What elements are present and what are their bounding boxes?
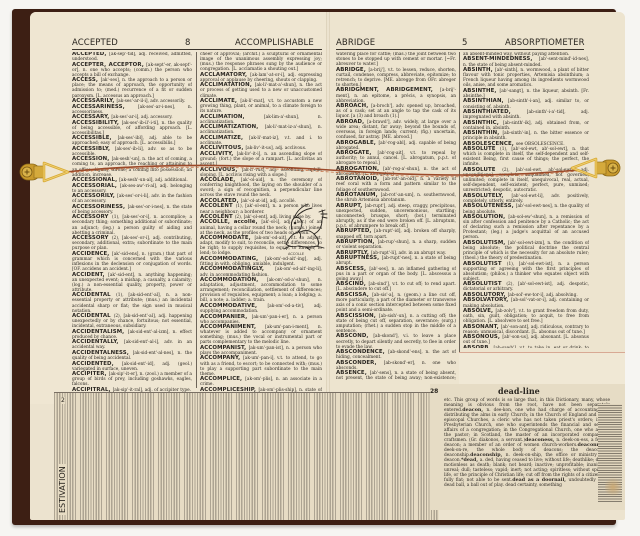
entry-headword: ABROGABLE, bbox=[336, 140, 379, 146]
entry-headword: ABSOLUTE bbox=[463, 167, 502, 173]
dictionary-entry: ACCESSION, [ak-sesh'-un], n. the act of … bbox=[72, 157, 192, 177]
entry-headword: ACCOMMODATION, bbox=[200, 277, 267, 283]
dictionary-entry: ACCLIVITY, [ak-liv'-it-i], n. an ascendi… bbox=[200, 152, 322, 167]
dictionary-entry: ABRIDGE, [a-brij'], v.t. to lessen, redu… bbox=[336, 68, 456, 88]
dictionary-entry: ACCIPITER, [ak-sip'-it-er], n. (zool.) a… bbox=[72, 372, 192, 387]
entry-headword: ABSCESS, bbox=[336, 266, 369, 272]
dictionary-entry: ABROTANOID, [ab-rot'-an-oid], n. a varie… bbox=[336, 177, 456, 192]
entry-definition: see OBSOLESCENCE. bbox=[516, 142, 565, 147]
dictionary-collage: ACCEPTED 8 ACCOMPLISHABLE ACCEPTED, [ak-… bbox=[30, 12, 625, 520]
entry-headword: ACCESSION, bbox=[72, 156, 112, 162]
entry-headword: ACCOMPANIER, bbox=[200, 314, 252, 320]
entry-headword: ABSOLUTENESS, bbox=[463, 203, 516, 209]
entry-headword: ABSONOUS, bbox=[463, 334, 502, 340]
header-rule bbox=[72, 49, 322, 50]
entry-headword: ACCESSIBLY, bbox=[72, 146, 115, 152]
dictionary-entry: ABSOLVE, [ab-zolv'], v.t. to grant freed… bbox=[463, 309, 589, 324]
dead-line-entries: etc. This group of words is so large tha… bbox=[444, 398, 610, 488]
dictionary-entry: ABSOLUTIST (1), [ab'-sol-ewt-ist], n. a … bbox=[463, 262, 589, 282]
right-page-column-1: watering place for cattle; (mas.) the jo… bbox=[336, 52, 456, 382]
entry-headword: ACCIDENTALISM, bbox=[72, 329, 128, 335]
entry-headword: ACCESSORY bbox=[72, 214, 112, 220]
dictionary-entry: ACCESS, [ak'-ses], n. the approach to a … bbox=[72, 78, 192, 98]
right-dictionary-page: ABRIDGE 5 ABSORPTIOMETER watering place … bbox=[328, 12, 625, 404]
entry-headword: ACCESSORIAL, bbox=[72, 183, 120, 189]
accolle-animal-illustration-icon bbox=[278, 202, 330, 252]
entry-headword: ACCESSORY bbox=[72, 235, 112, 241]
entry-headword: ABROTANUM, bbox=[336, 192, 381, 198]
entry-definition: watering place for cattle; (mas.) the jo… bbox=[336, 52, 456, 67]
dictionary-entry: watering place for cattle; (mas.) the jo… bbox=[336, 52, 456, 67]
running-head-left: ABRIDGE bbox=[336, 38, 375, 48]
dictionary-entry: ABSOLUTION, [ab-sol-ew'-shun], n. a remi… bbox=[463, 215, 589, 240]
entry-headword: ACCIDENT, bbox=[72, 272, 108, 278]
entry-headword: ABRUPTION, bbox=[336, 239, 378, 245]
entry-headword: ABRUPT, bbox=[336, 203, 365, 209]
entry-headword: ABSINTHIC, bbox=[463, 120, 503, 126]
entry-headword: ACCLIMATIZE, bbox=[200, 135, 249, 141]
entry-definition: [ak-liv'-it-us], adj. acclivous. bbox=[245, 146, 306, 151]
entry-definition: [ab-rupt'-li], adv. in an abrupt way. bbox=[371, 251, 446, 256]
entry-headword: ABSOLVATORY, bbox=[463, 297, 511, 303]
dictionary-entry: ACCIDENT, [ak'-sid-ent], n. anything hap… bbox=[72, 273, 192, 293]
dictionary-entry: ACCIDENTAL (2), [ak-sid-ent'-al], adj. h… bbox=[72, 314, 192, 329]
page-number: 5 bbox=[462, 38, 468, 48]
strip-running-head: ESTIVATION bbox=[58, 464, 67, 515]
entry-headword: ABRIDGMENT, ABRIDGEMENT, bbox=[336, 87, 440, 93]
entry-headword: ACCEPTER, ACCEPTOR, bbox=[72, 62, 146, 68]
dead-line-page-number: 28 bbox=[430, 388, 438, 395]
entry-headword: ABSCONDER, bbox=[336, 360, 384, 366]
entry-headword: ACCIPITER, bbox=[72, 371, 109, 377]
entry-headword: ACCLAMATORY, bbox=[200, 72, 250, 78]
entry-headword: ABSENCE, bbox=[336, 370, 370, 376]
entry-headword: ACCLIMATIZATION, bbox=[200, 124, 265, 130]
right-d-ring-hanger-icon bbox=[566, 150, 624, 186]
entry-headword: ACCESS, bbox=[72, 77, 101, 83]
entry-headword: ACCOMMODATING, bbox=[200, 256, 265, 262]
entry-headword: ABRIDGE, bbox=[336, 67, 368, 73]
dictionary-entry: ACCIDENTAL (1), [ak-sid-ent'-al], n. a n… bbox=[72, 293, 192, 313]
dictionary-entry: ACCESSIBILITY, [ak-ses'-ib-il'-i-ti], n.… bbox=[72, 121, 192, 136]
dead-line-running-head: dead-line bbox=[498, 386, 540, 396]
strip-page-number: 2 bbox=[61, 397, 65, 404]
entry-headword: ACCOMMODATE, bbox=[200, 235, 254, 241]
left-page-column-1: ACCEPTED, [ak-sep'-tid], adj. received, … bbox=[72, 52, 192, 392]
dictionary-entry: ACCESSORY (2), [ak-ses'-or-i], adj. cont… bbox=[72, 236, 192, 251]
dictionary-entry: ABSOLUTISM, [ab'-sol-ewt-izm], n. the co… bbox=[463, 241, 589, 261]
entry-headword: ABRUPTED, bbox=[336, 228, 374, 234]
dictionary-entry: ACCESSORY (1), [ak-ses'-or-i], n. accomp… bbox=[72, 215, 192, 235]
dictionary-entry: ABROAD, [a-brawd'], adv. widely, at larg… bbox=[336, 120, 456, 140]
entry-headword: ABSCOND, bbox=[336, 333, 373, 339]
running-head-right: ABSORPTIOMETER bbox=[505, 38, 585, 48]
page-number: 8 bbox=[185, 38, 191, 48]
entry-headword: ACCESSORINESS, bbox=[72, 204, 128, 210]
dictionary-entry: ACCLIMATATION, [ak-li'-mat-a'-shun], n. … bbox=[200, 83, 322, 98]
dictionary-entry: ACCOMPANIMENT, [ak-um'-pan-i-ment], n. w… bbox=[200, 325, 322, 345]
entry-headword: ABSINTHE, bbox=[463, 88, 500, 94]
dictionary-entry: ABRIDGMENT, ABRIDGEMENT, [a-brij'-ment],… bbox=[336, 88, 456, 103]
entry-headword: ABSOLUTIST bbox=[463, 261, 507, 267]
entry-headword: ACCOMPLICE, bbox=[200, 376, 245, 382]
entry-headword: ACCLIMATATION, bbox=[200, 82, 255, 88]
entry-headword: ACCIDENTALNESS, bbox=[72, 350, 133, 356]
entry-headword: ACCIDENCE, bbox=[72, 251, 112, 257]
entry-headword: ABSCISSION, bbox=[336, 313, 379, 319]
entry-headword: ACCIDENTAL bbox=[72, 292, 116, 298]
entry-headword: ACCOMPANIST, bbox=[200, 345, 249, 351]
entry-headword: ACCOLLE, accollé, bbox=[200, 219, 261, 225]
rotated-dictionary-strip: 2 ESTIVATION bbox=[54, 392, 439, 520]
entry-headword: ABSOLUTISM, bbox=[463, 240, 508, 246]
entry-headword: ABROTANOID, bbox=[336, 176, 383, 182]
entry-headword: ABSOLUTE bbox=[463, 146, 500, 152]
entry-headword: ABSOLVE, bbox=[463, 308, 496, 314]
running-head-right: ACCOMPLISHABLE bbox=[235, 38, 314, 48]
column-divider bbox=[196, 52, 197, 388]
header-rule bbox=[336, 49, 584, 50]
dictionary-entry: ACCOLADE, [ak'-ol-aid], n. the ceremony … bbox=[200, 178, 322, 198]
entry-headword: ACCOLADE, bbox=[200, 177, 241, 183]
entry-headword: ACCOMPANY, bbox=[200, 355, 243, 361]
dead-line-dictionary-page: 28 dead-line etc. This group of words is… bbox=[430, 384, 625, 510]
dictionary-entry: ABROACH, [a-broch'], adv. opened up, bro… bbox=[336, 104, 456, 119]
entry-headword: ACCLIMATION, bbox=[200, 114, 264, 120]
entry-headword: ABSCIND, bbox=[336, 281, 369, 287]
entry-headword: ACCOMMODATINGLY, bbox=[200, 266, 275, 272]
entry-headword: ACCOMPANIMENT, bbox=[200, 324, 265, 330]
dictionary-entry: ABSENCE, [ab'-sens], n. a state of being… bbox=[336, 371, 456, 382]
entry-headword: ABSOLUTIST bbox=[463, 281, 506, 287]
entry-headword: ACCOLENT bbox=[200, 203, 236, 209]
entry-headword: ABSINTH, bbox=[463, 67, 495, 73]
entry-headword: ABSOLUTELY, bbox=[463, 193, 512, 199]
illustration-caption: ACCOLLE bbox=[288, 252, 304, 256]
paper-stain bbox=[605, 476, 621, 498]
entry-headword: ABSCONDENCE, bbox=[336, 349, 388, 355]
entry-headword: ACCIDENTAL bbox=[72, 313, 114, 319]
entry-headword: ABSINTHIAN, bbox=[463, 98, 508, 104]
entry-headword: ABSONANT, bbox=[463, 324, 501, 330]
entry-headword: ACCESSIBILITY, bbox=[72, 120, 122, 126]
running-head-left: ACCEPTED bbox=[72, 38, 118, 48]
entry-headword: ACCESSARINESS, bbox=[72, 104, 138, 110]
entry-definition: [ak-sesh'-un-al], adj. additional. bbox=[119, 178, 187, 183]
entry-headword: ABSCISSA, bbox=[336, 292, 372, 298]
entry-headword: ACCESSORILY, bbox=[72, 193, 117, 199]
entry-headword: ACCLIMATE, bbox=[200, 98, 240, 104]
dictionary-entry: ACCIDENCE, [ak'-sid-ens], n. (gram.) tha… bbox=[72, 252, 192, 272]
dictionary-entry: ACCOMMODATION, [ak-om'-od-a'-shun], n. a… bbox=[200, 278, 322, 303]
dictionary-entry: ABSORB, [ab-sawb'], v.t. to take in, eat… bbox=[463, 346, 589, 348]
entry-headword: ABSINTHIATED, bbox=[463, 109, 527, 115]
dictionary-entry: ABROGATE, [ab'-rog-ait], v.t. to repeal … bbox=[336, 151, 456, 166]
entry-definition: cheer of approval; (archit.) a sculptura… bbox=[200, 52, 322, 72]
column-divider bbox=[459, 52, 460, 378]
entry-headword: ABSOLUTION, bbox=[463, 214, 508, 220]
entry-headword: ABROGATE, bbox=[336, 150, 378, 156]
entry-headword: ACCLIVITY, bbox=[200, 151, 237, 157]
entry-headword: ACCESSIBLE, bbox=[72, 135, 118, 141]
entry-headword: ACCIDENTED, bbox=[72, 361, 122, 367]
entry-headword: ABRUPTNESS, bbox=[336, 255, 382, 261]
entry-headword: ABSINTHIN, bbox=[463, 130, 502, 136]
entry-headword: ABSORB, bbox=[463, 345, 494, 348]
dictionary-entry: ABRUPT, [ab-rupt'], adj. steep, craggy, … bbox=[336, 204, 456, 229]
entry-headword: ABROAD, bbox=[336, 119, 367, 125]
dictionary-entry: cheer of approval; (archit.) a sculptura… bbox=[200, 52, 322, 72]
dictionary-entry: ABSCISSA, [ab-sis'-a], n. (geom.) a line… bbox=[336, 293, 456, 313]
right-page-column-2: an absent-minded way, without paying att… bbox=[463, 52, 589, 348]
entry-headword: ABSENT-MINDEDNESS, bbox=[463, 56, 539, 62]
entry-headword: ABROACH, bbox=[336, 103, 371, 109]
dictionary-entry: ACCEPTER, ACCEPTOR, [ak-sept'-er, ak-sep… bbox=[72, 63, 192, 78]
dictionary-entry: ABSCOND, [ab-skond'], v.i. to leave a pl… bbox=[336, 334, 456, 349]
dictionary-entry: ACCLIMATE, [ak-li'-mat], v.t. to accusto… bbox=[200, 99, 322, 114]
dictionary-entry: ABSINTH, [ab'-sinth], n. wormwood, a pla… bbox=[463, 68, 589, 88]
dictionary-entry: ABSCESS, [ab'-ses], n. an inflamed gathe… bbox=[336, 267, 456, 282]
dictionary-entry: ACCOMPANY, [ak-um'-pan-i], v.t. to atten… bbox=[200, 356, 322, 376]
dictionary-entry: ABSCISSION, [ab-sish'-un], n. a cutting … bbox=[336, 314, 456, 334]
left-d-ring-hanger-icon bbox=[16, 154, 74, 190]
entry-headword: ACCLIVOUS, bbox=[200, 167, 242, 173]
entry-headword: ABROGATION, bbox=[336, 166, 383, 172]
entry-headword: ACCOMMODATIVE, bbox=[200, 303, 267, 309]
entry-headword: ACCIDENTALLY, bbox=[72, 339, 124, 345]
